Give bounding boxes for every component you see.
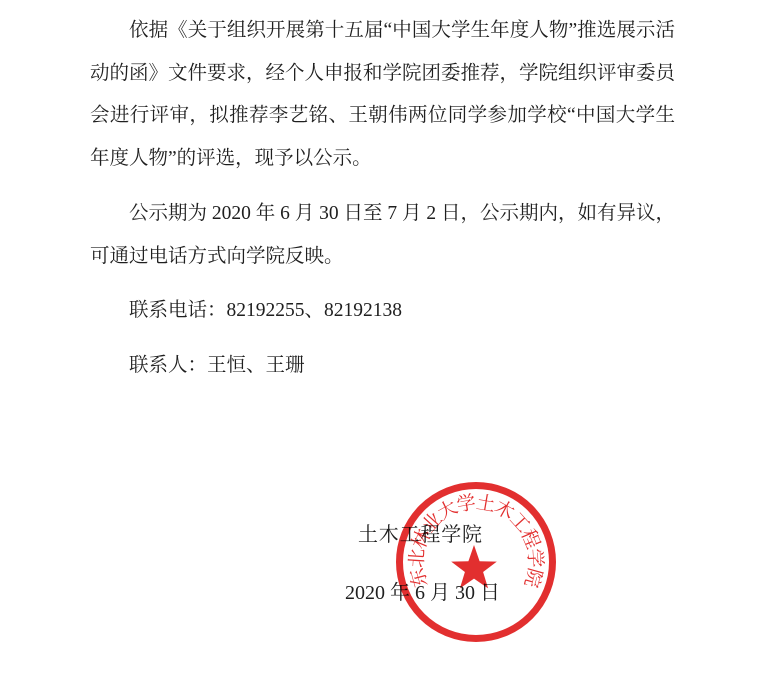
seal-text-char: 大 xyxy=(434,496,461,524)
notice-body: 依据《关于组织开展第十五届“中国大学生年度人物”推选展示活动的函》文件要求，经个… xyxy=(90,10,675,388)
contact-person-line: 联系人：王恒、王珊 xyxy=(90,345,675,388)
seal-text-char: 学 xyxy=(523,548,546,568)
seal-graphic: 东北林业大学土木工程学院 xyxy=(392,478,560,646)
seal-text-char: 木 xyxy=(491,496,518,524)
notice-paragraph-period: 公示期为 2020 年 6 月 30 日至 7 月 2 日，公示期内，如有异议，… xyxy=(90,193,675,278)
seal-text-char: 北 xyxy=(406,548,429,568)
signature-date: 2020 年 6 月 30 日 xyxy=(345,580,500,606)
notice-paragraph-basis: 依据《关于组织开展第十五届“中国大学生年度人物”推选展示活动的函》文件要求，经个… xyxy=(90,10,675,181)
signature-unit: 土木工程学院 xyxy=(358,522,483,548)
seal-ring-icon xyxy=(400,486,553,639)
seal-text-char: 工 xyxy=(505,509,533,537)
document-page: 依据《关于组织开展第十五届“中国大学生年度人物”推选展示活动的函》文件要求，经个… xyxy=(0,0,759,673)
seal-text-char: 土 xyxy=(475,491,497,516)
official-seal-stamp: 东北林业大学土木工程学院 xyxy=(392,478,560,646)
seal-text-char: 程 xyxy=(516,526,544,552)
contact-phone-line: 联系电话：82192255、82192138 xyxy=(90,290,675,333)
seal-text-char: 院 xyxy=(520,566,546,590)
seal-text-char: 学 xyxy=(455,491,477,516)
